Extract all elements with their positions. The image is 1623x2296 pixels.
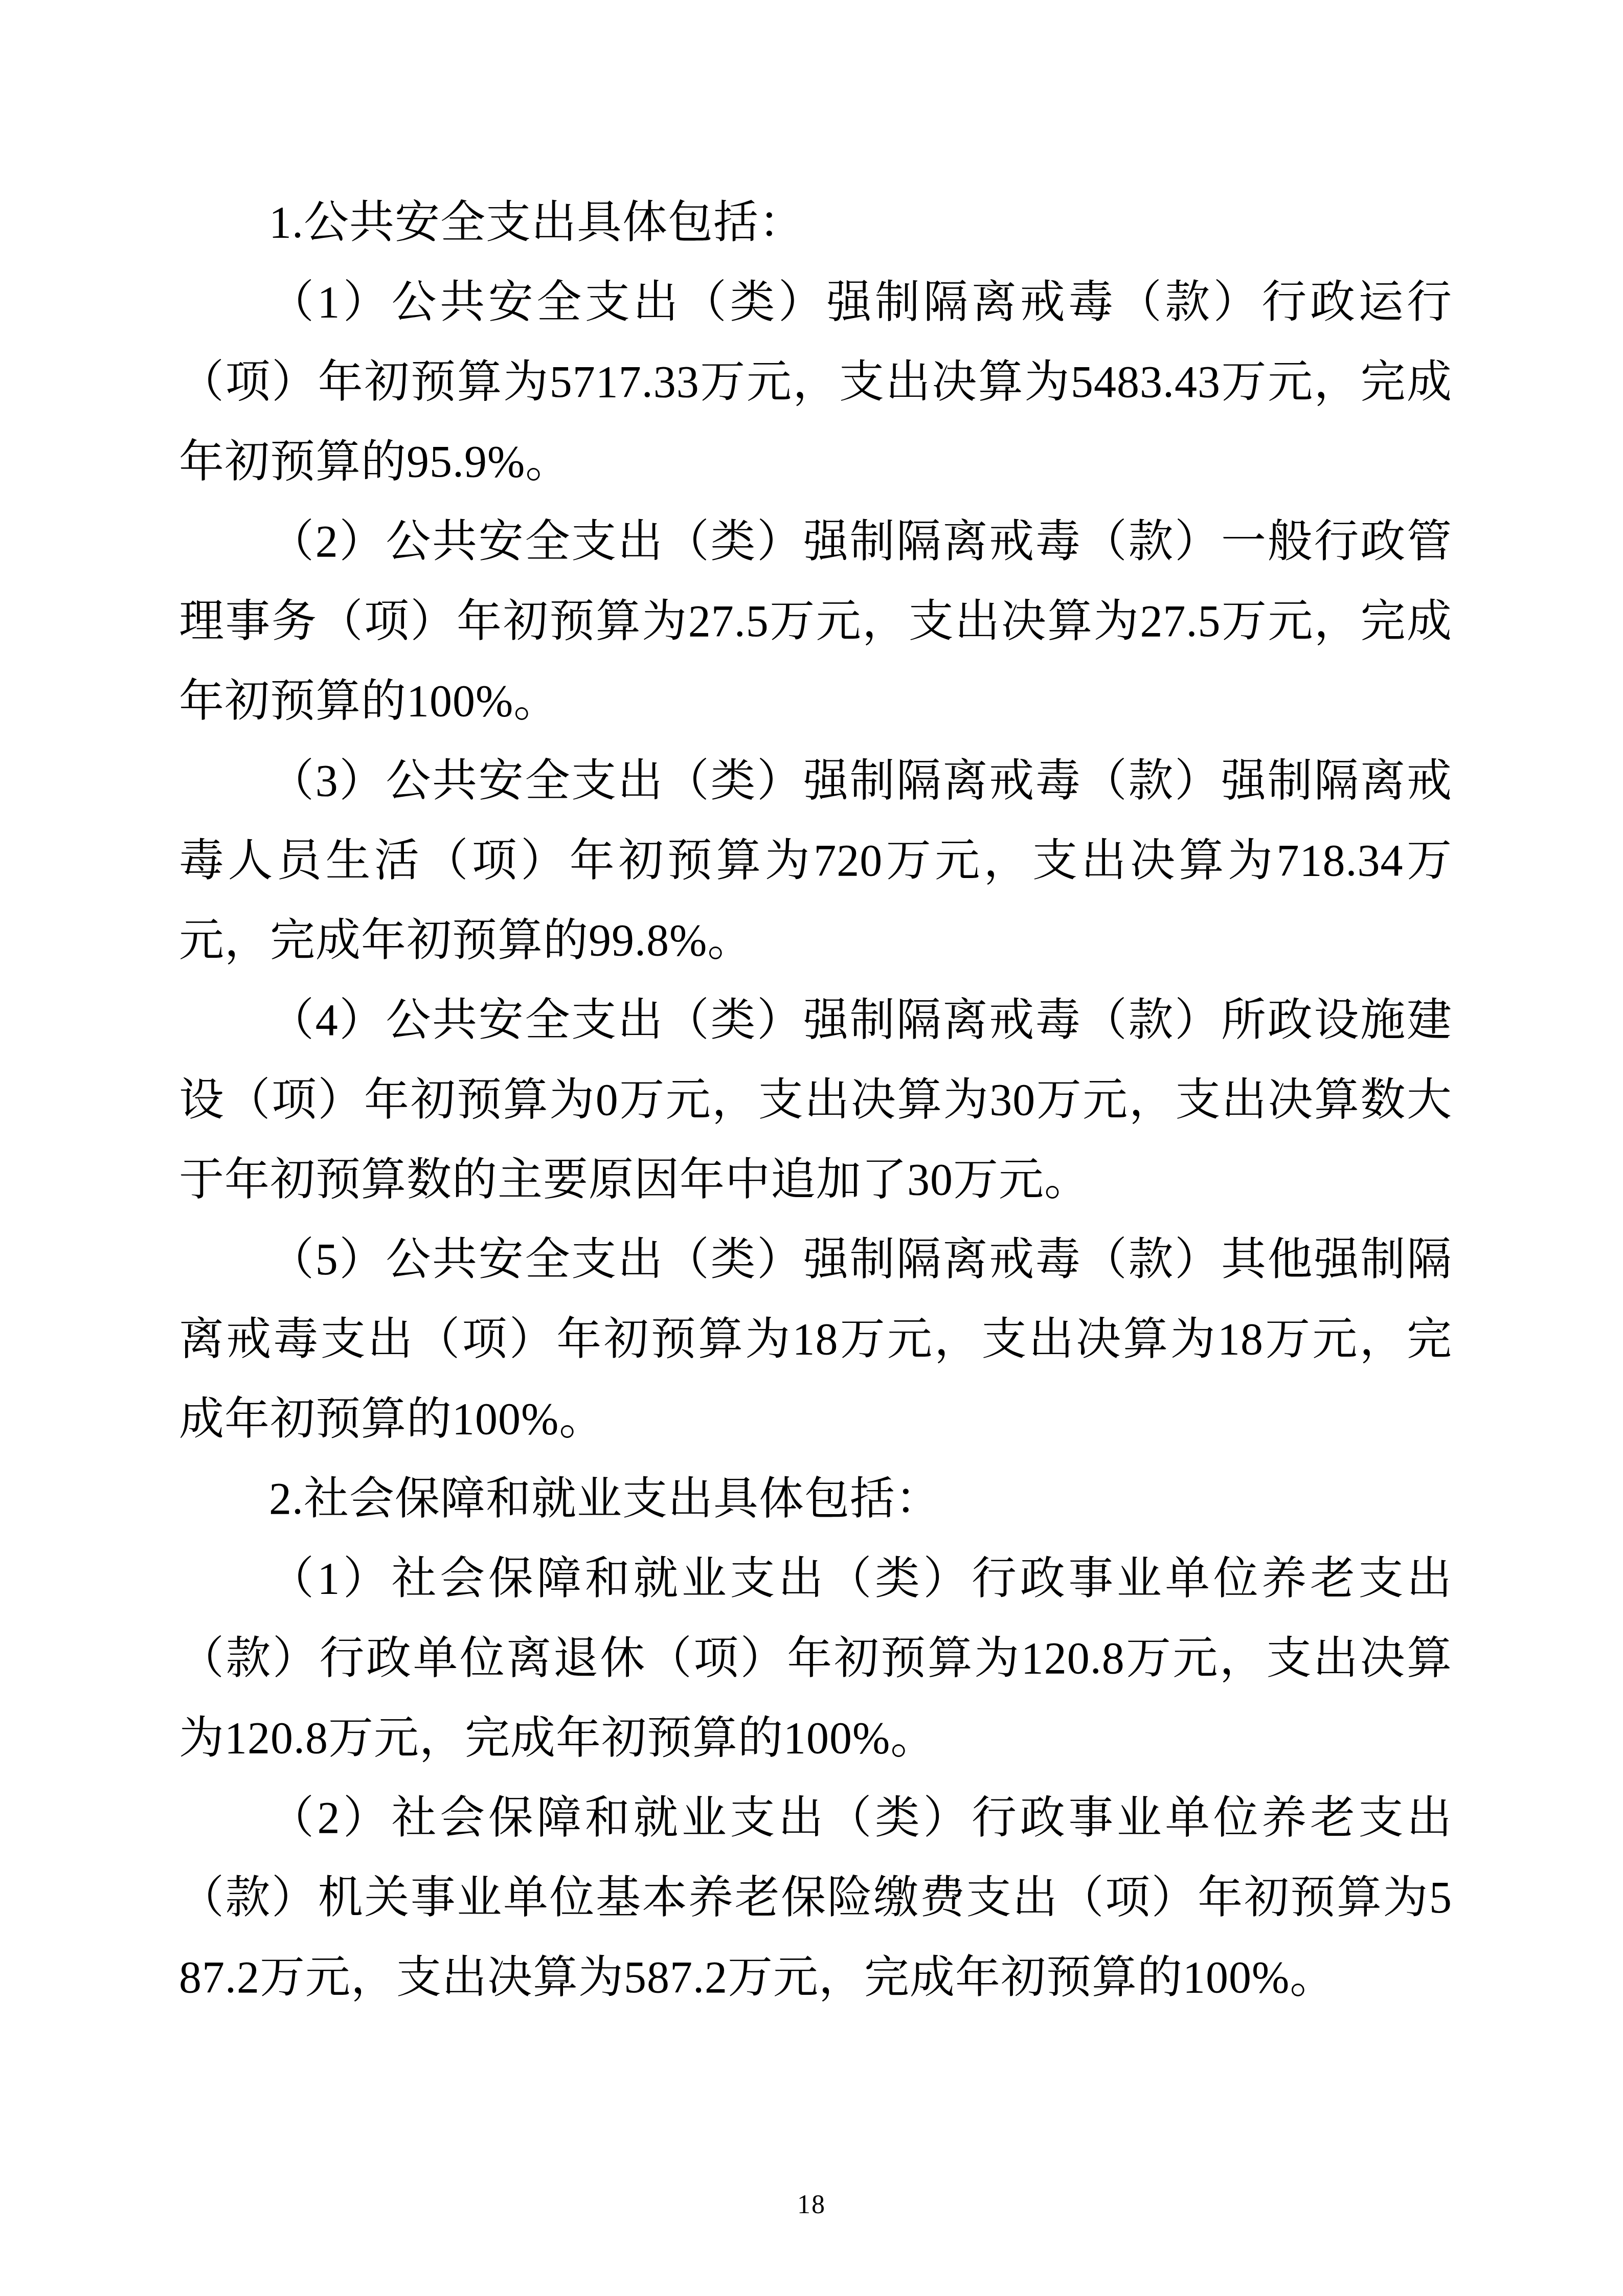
page-number: 18: [797, 2190, 826, 2219]
document-page: 1.公共安全支出具体包括： （1）公共安全支出（类）强制隔离戒毒（款）行政运行（…: [0, 0, 1623, 2296]
paragraph-public-safety-item-2: （2）公共安全支出（类）强制隔离戒毒（款）一般行政管理事务（项）年初预算为27.…: [179, 502, 1452, 741]
document-body: 1.公共安全支出具体包括： （1）公共安全支出（类）强制隔离戒毒（款）行政运行（…: [179, 183, 1452, 2018]
paragraph-public-safety-item-4: （4）公共安全支出（类）强制隔离戒毒（款）所政设施建设（项）年初预算为0万元，支…: [179, 981, 1452, 1220]
section-heading-public-safety: 1.公共安全支出具体包括：: [179, 183, 1452, 263]
page-footer: 18: [0, 2192, 1623, 2218]
paragraph-public-safety-item-5: （5）公共安全支出（类）强制隔离戒毒（款）其他强制隔离戒毒支出（项）年初预算为1…: [179, 1220, 1452, 1459]
paragraph-public-safety-item-3: （3）公共安全支出（类）强制隔离戒毒（款）强制隔离戒毒人员生活（项）年初预算为7…: [179, 741, 1452, 981]
paragraph-social-security-item-2: （2）社会保障和就业支出（类）行政事业单位养老支出（款）机关事业单位基本养老保险…: [179, 1779, 1452, 2018]
paragraph-social-security-item-1: （1）社会保障和就业支出（类）行政事业单位养老支出（款）行政单位离退休（项）年初…: [179, 1539, 1452, 1779]
paragraph-public-safety-item-1: （1）公共安全支出（类）强制隔离戒毒（款）行政运行（项）年初预算为5717.33…: [179, 263, 1452, 502]
section-heading-social-security: 2.社会保障和就业支出具体包括：: [179, 1459, 1452, 1539]
